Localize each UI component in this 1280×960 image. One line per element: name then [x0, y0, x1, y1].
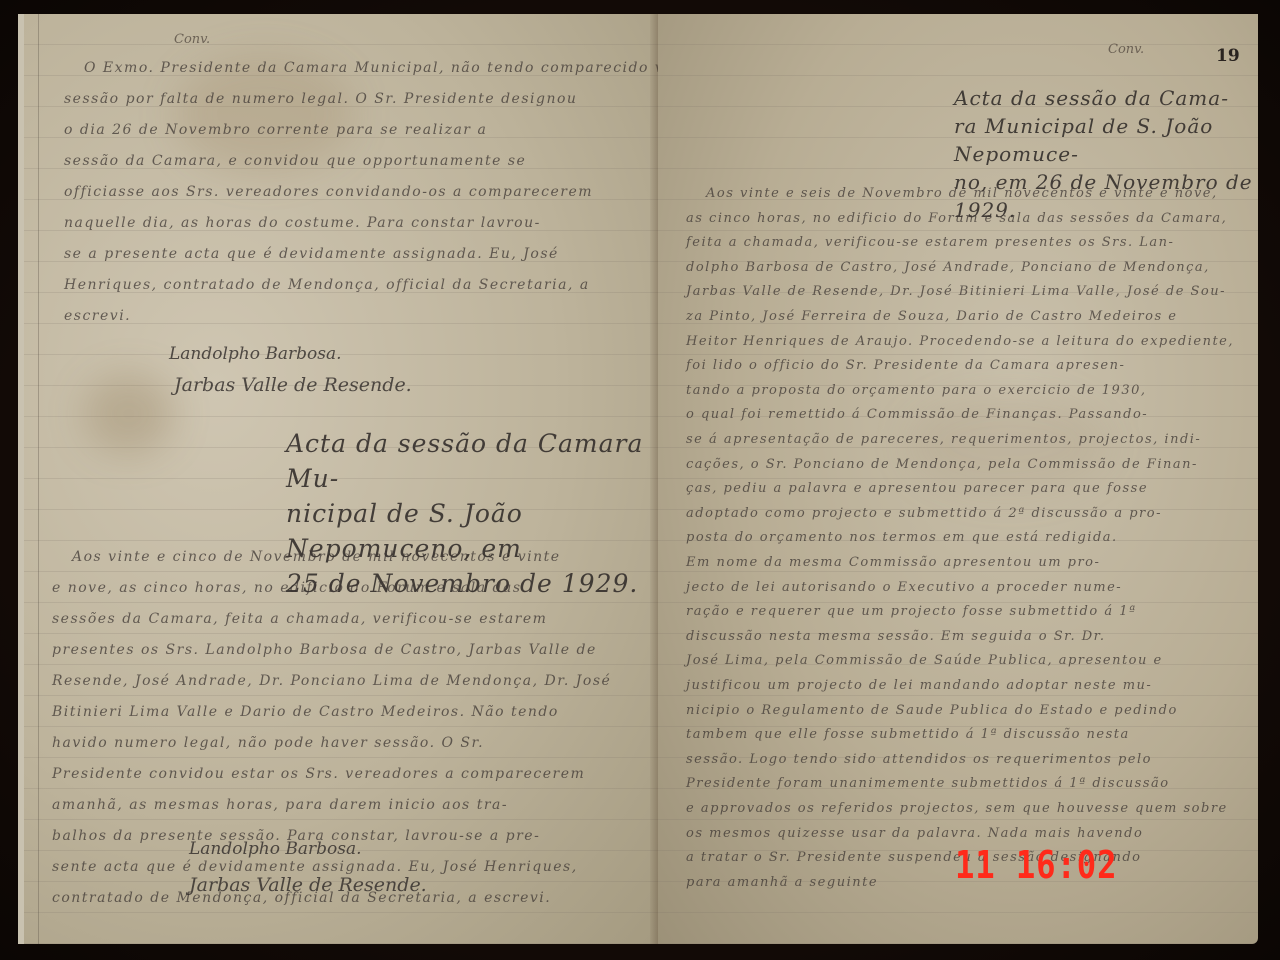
handwritten-line: havido numero legal, não pode haver sess…	[52, 735, 484, 751]
handwritten-line: e nove, as cinco horas, no edificio do F…	[52, 580, 522, 596]
handwritten-line: se á apresentação de pareceres, requerim…	[686, 432, 1201, 447]
handwritten-line: amanhã, as mesmas horas, para darem inic…	[52, 797, 508, 813]
handwritten-line: tambem que elle fosse submettido á 1ª di…	[686, 727, 1130, 742]
handwritten-line: Heitor Henriques de Araujo. Procedendo-s…	[686, 334, 1234, 349]
handwritten-line: para amanhã a seguinte	[686, 875, 878, 890]
handwritten-line: Presidente convidou estar os Srs. veread…	[52, 766, 585, 782]
handwritten-line: Resende, José Andrade, Dr. Ponciano Lima…	[52, 673, 611, 689]
handwritten-line: discussão nesta mesma sessão. Em seguida…	[686, 629, 1106, 644]
handwritten-line: o qual foi remettido á Commissão de Fina…	[686, 407, 1148, 422]
handwritten-line: dolpho Barbosa de Castro, José Andrade, …	[686, 260, 1210, 275]
session-title-26-nov: Acta da sessão da Cama- ra Municipal de …	[954, 84, 1258, 224]
handwritten-line: justificou um projecto de lei mandando a…	[686, 678, 1152, 693]
left-margin-rule	[38, 14, 39, 944]
handwritten-line: jecto de lei autorisando o Executivo a p…	[686, 580, 1122, 595]
handwritten-line: cações, o Sr. Ponciano de Mendonça, pela…	[686, 457, 1198, 472]
handwritten-line: Aos vinte e seis de Novembro de mil nove…	[706, 186, 1218, 201]
handwritten-line: Henriques, contratado de Mendonça, offic…	[64, 277, 590, 293]
handwritten-line: e approvados os referidos projectos, sem…	[686, 801, 1228, 816]
handwritten-line: tando a proposta do orçamento para o exe…	[686, 383, 1147, 398]
right-page: Conv. 19 Acta da sessão da Cama- ra Muni…	[658, 14, 1258, 944]
handwritten-line: nicipio o Regulamento de Saude Publica d…	[686, 703, 1178, 718]
handwritten-line: Jarbas Valle de Resende, Dr. José Bitini…	[686, 284, 1226, 299]
handwritten-line: sessões da Camara, feita a chamada, veri…	[52, 611, 547, 627]
page-number: 19	[1216, 46, 1240, 66]
handwritten-line: officiasse aos Srs. vereadores convidand…	[64, 184, 593, 200]
corner-mark: Conv.	[1108, 42, 1144, 57]
handwritten-line: presentes os Srs. Landolpho Barbosa de C…	[52, 642, 597, 658]
handwritten-line: sessão da Camara, e convidou que opportu…	[64, 153, 526, 169]
handwritten-line: se a presente acta que é devidamente ass…	[64, 246, 559, 262]
handwritten-line: feita a chamada, verificou-se estarem pr…	[686, 235, 1174, 250]
handwritten-line: sente acta que é devidamente assignada. …	[52, 859, 578, 875]
signature-jarbas: Jarbas Valle de Resende.	[174, 374, 412, 396]
handwritten-line: Bitinieri Lima Valle e Dario de Castro M…	[52, 704, 559, 720]
left-page: Conv. O Exmo. Presidente da Camara Munic…	[18, 14, 664, 944]
handwritten-line: Em nome da mesma Commissão apresentou um…	[686, 555, 1100, 570]
session-title-25-nov: Acta da sessão da Camara Mu- nicipal de …	[286, 426, 664, 601]
handwritten-line: ças, pediu a palavra e apresentou parece…	[686, 481, 1148, 496]
handwritten-line: sessão por falta de numero legal. O Sr. …	[64, 91, 577, 107]
handwritten-line: o dia 26 de Novembro corrente para se re…	[64, 122, 487, 138]
handwritten-line: sessão. Logo tendo sido attendidos os re…	[686, 752, 1152, 767]
handwritten-line: za Pinto, José Ferreira de Souza, Dario …	[686, 309, 1178, 324]
handwritten-line: naquelle dia, as horas do costume. Para …	[64, 215, 541, 231]
handwritten-line: adoptado como projecto e submettido á 2ª…	[686, 506, 1162, 521]
handwritten-line: os mesmos quizesse usar da palavra. Nada…	[686, 826, 1143, 841]
handwritten-line: as cinco horas, no edificio do Forum e s…	[686, 211, 1227, 226]
signature-landolpho: Landolpho Barbosa.	[189, 839, 362, 859]
paper-stain	[84, 374, 174, 454]
corner-mark: Conv.	[174, 32, 210, 47]
handwritten-line: posta do orçamento nos termos em que est…	[686, 530, 1118, 545]
handwritten-line: ração e requerer que um projecto fosse s…	[686, 604, 1137, 619]
handwritten-line: O Exmo. Presidente da Camara Municipal, …	[84, 60, 664, 76]
handwritten-line: José Lima, pela Commissão de Saúde Publi…	[686, 653, 1163, 668]
handwritten-line: Aos vinte e cinco de Novembro de mil nov…	[72, 549, 561, 565]
open-ledger-book: Conv. O Exmo. Presidente da Camara Munic…	[18, 14, 1262, 944]
signature-jarbas: Jarbas Valle de Resende.	[189, 874, 427, 896]
camera-timestamp-overlay: 11 16:02	[955, 843, 1117, 887]
signature-landolpho: Landolpho Barbosa.	[169, 344, 342, 364]
handwritten-line: foi lido o officio do Sr. Presidente da …	[686, 358, 1125, 373]
handwritten-line: Presidente foram unanimemente submettido…	[686, 776, 1170, 791]
handwritten-line: escrevi.	[64, 308, 131, 324]
